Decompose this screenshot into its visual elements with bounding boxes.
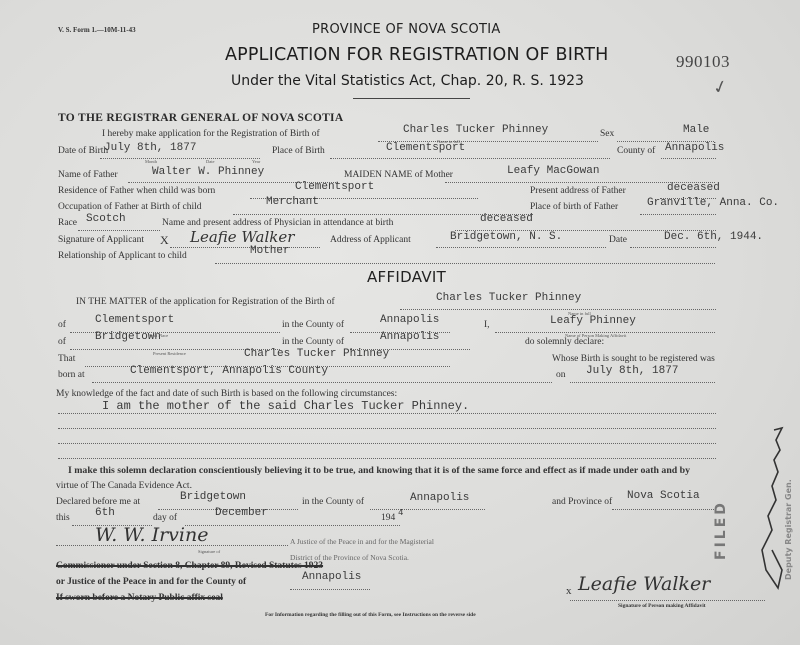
pob-line [330,158,610,159]
month-value: December [215,507,268,519]
mother-value: Leafy MacGowan [507,165,599,177]
affiant-signature-hint: Signature of Person making Affidavit [618,603,706,609]
affidavit-county2: Annapolis [380,331,439,343]
title-underline [353,98,470,99]
sex-label: Sex [600,129,614,139]
father-residence-label: Residence of Father when child was born [58,186,215,196]
dob-line [100,158,260,159]
declared-county: Annapolis [410,492,469,504]
notary-label: If sworn before a Notary Public affix se… [56,593,223,603]
on-label: on [556,370,566,380]
date-hint: Date [206,159,215,164]
father-address-value: deceased [667,182,720,194]
declare-label: do solemnly declare: [525,337,604,347]
check-mark-icon: ✓ [711,75,731,99]
intro-label: I hereby make application for the Regist… [102,129,320,139]
mother-label: MAIDEN NAME of Mother [344,170,453,180]
of-label-1: of [58,320,66,330]
declared-county-line [370,509,485,510]
form-subtitle: Under the Vital Statistics Act, Chap. 20… [231,73,584,89]
race-value: Scotch [86,213,126,225]
born-at-line [92,382,552,383]
jp-label: or Justice of the Peace in and for the C… [56,577,246,587]
born-on-line [570,382,715,383]
declared-province: Nova Scotia [627,490,700,502]
affiant-signature-line [570,600,765,601]
relationship-line [215,263,715,264]
footer-note: For Information regarding the filling ou… [265,612,476,618]
year-suffix: 4 [398,508,403,518]
pob-value: Clementsport [386,142,465,154]
dob-value: July 8th, 1877 [104,142,196,154]
county-value: Annapolis [665,142,724,154]
date-line [630,247,716,248]
father-label: Name of Father [58,170,118,180]
affiant-name: Leafy Phinney [550,315,636,327]
jp-county-line [290,589,370,590]
father-pob-line [640,214,716,215]
year-prefix: 194 [381,513,395,523]
day-of-label: day of [153,513,177,523]
this-label: this [56,513,70,523]
knowledge-label: My knowledge of the fact and date of suc… [56,389,397,399]
matter-line [400,309,716,310]
form-number: V. S. Form 1.—10M-11-43 [58,26,136,34]
father-residence-value: Clementsport [295,181,374,193]
occupation-label: Occupation of Father at Birth of child [58,202,202,212]
signature-of-hint: Signature of [198,549,220,554]
knowledge-line-2 [58,428,716,429]
whose-birth-label: Whose Birth is sought to be registered w… [552,354,715,364]
province-heading: PROVINCE OF NOVA SCOTIA [312,22,501,37]
born-at-label: born at [58,370,85,380]
affiant-signature: Leafie Walker [578,573,710,595]
justice-title-1: A Justice of the Peace in and for the Ma… [290,537,434,546]
day-value: 6th [95,507,115,519]
signature-line [170,247,320,248]
occupation-value: Merchant [266,196,319,208]
date-label: Date [609,235,627,245]
dob-label: Date of Birth [58,146,108,156]
born-on-value: July 8th, 1877 [586,365,678,377]
county-label: County of [617,146,655,156]
father-pob-value: Granville, Anna. Co. [647,197,779,209]
matter-label: IN THE MATTER of the application for Reg… [76,297,335,307]
jp-county: Annapolis [302,571,361,583]
filed-stamp: FILED [713,500,729,560]
physician-value: deceased [480,213,533,225]
father-address-label: Present address of Father [530,186,626,196]
child-name-value: Charles Tucker Phinney [403,124,548,136]
applicant-address-label: Address of Applicant [330,235,411,245]
applicant-signature: Leafie Walker [190,228,294,246]
county-line [661,158,716,159]
birth-registration-form: V. S. Form 1.—10M-11-43 PROVINCE OF NOVA… [0,0,800,645]
declared-place: Bridgetown [180,491,246,503]
county-label-2: in the County of [282,337,344,347]
declared-label: Declared before me at [56,497,140,507]
signature-label: Signature of Applicant [58,235,144,245]
physician-label: Name and present address of Physician in… [162,218,393,228]
addressee: TO THE REGISTRAR GENERAL OF NOVA SCOTIA [58,112,343,124]
knowledge-line-1 [58,413,716,414]
father-value: Walter W. Phinney [152,166,264,178]
race-label: Race [58,218,77,228]
applicant-address-value: Bridgetown, N. S. [450,231,562,243]
father-pob-label: Place of birth of Father [530,202,618,212]
pob-label: Place of Birth [272,146,325,156]
declared-county-label: in the County of [302,497,364,507]
affidavit-county1: Annapolis [380,314,439,326]
signature-x: X [160,233,169,248]
justice-signature: W. W. Irvine [95,524,208,546]
race-line [78,230,160,231]
county-label-1: in the County of [282,320,344,330]
declaration-line-1: I make this solemn declaration conscient… [68,465,690,476]
year-hint: Year [252,159,260,164]
relationship-label: Relationship of Applicant to child [58,251,187,261]
month-hint: Month [145,159,157,164]
affiant-signature-x: x [566,585,572,597]
knowledge-line-3 [58,443,716,444]
affidavit-child-name: Charles Tucker Phinney [436,292,581,304]
sex-value: Male [683,124,709,136]
that-label: That [58,354,75,364]
month-line [185,525,400,526]
birth-place-hint: Birth Place [148,333,168,338]
form-title: APPLICATION FOR REGISTRATION OF BIRTH [225,45,608,65]
knowledge-line-4 [58,458,716,459]
applicant-address-line [436,247,606,248]
declaration-line-2: virtue of The Canada Evidence Act. [56,481,192,491]
affidavit-place1: Clementsport [95,314,174,326]
province-line [612,509,716,510]
province-label: and Province of [552,497,612,507]
registration-number: 990103 [676,52,730,72]
date-value: Dec. 6th, 1944. [664,231,763,243]
residence-hint: Present Residence [153,351,186,356]
knowledge-value: I am the mother of the said Charles Tuck… [102,399,469,413]
that-name: Charles Tucker Phinney [244,348,389,360]
commissioner-label: Commissioner under Section 8, Chapter 89… [56,561,323,571]
of-label-2: of [58,337,66,347]
affidavit-heading: AFFIDAVIT [367,268,446,286]
i-label: I, [484,320,490,330]
born-at-value: Clementsport, Annapolis County [130,365,328,377]
margin-signature-icon [752,420,797,590]
relationship-value: Mother [250,245,290,257]
